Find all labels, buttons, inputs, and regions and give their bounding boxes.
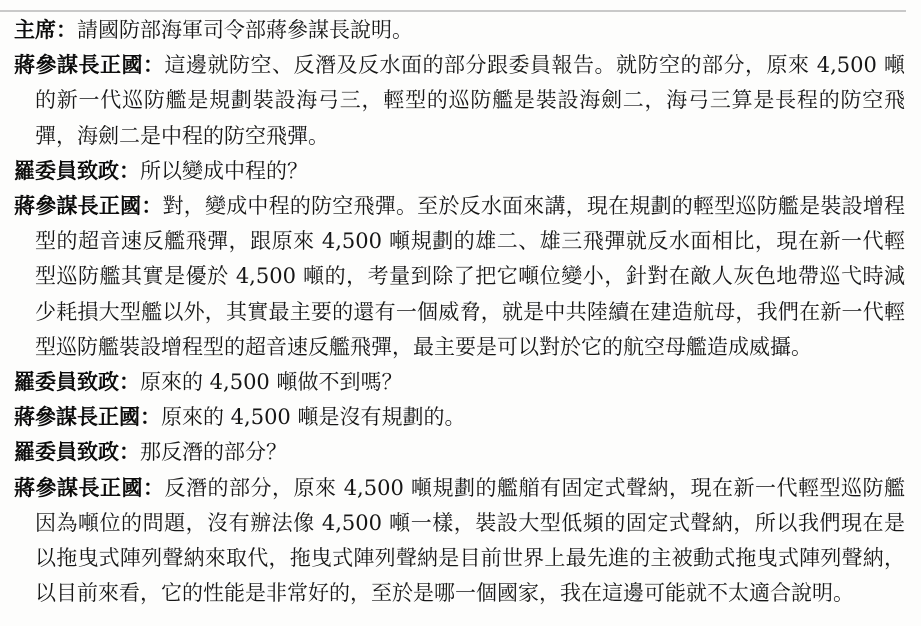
transcript-body: 主席：請國防部海軍司令部蔣參謀長說明。 蔣參謀長正國：這邊就防空、反潛及反水面的… xyxy=(14,13,905,611)
speech-text: 反潛的部分，原來 4,500 噸規劃的艦艏有固定式聲納，現在新一代輕型巡防艦因為… xyxy=(35,476,905,606)
transcript-paragraph: 蔣參謀長正國：反潛的部分，原來 4,500 噸規劃的艦艏有固定式聲納，現在新一代… xyxy=(14,471,905,612)
speaker-name: 蔣參謀長正國： xyxy=(14,195,163,218)
transcript-paragraph: 羅委員致政：所以變成中程的？ xyxy=(14,154,905,189)
speech-text: 那反潛的部分？ xyxy=(140,440,287,464)
transcript-paragraph: 蔣參謀長正國：這邊就防空、反潛及反水面的部分跟委員報告。就防空的部分，原來 4,… xyxy=(14,48,905,154)
speaker-name: 羅委員致政： xyxy=(14,160,140,183)
speech-text: 對，變成中程的防空飛彈。至於反水面來講，現在規劃的輕型巡防艦是裝設增程型的超音速… xyxy=(35,194,905,359)
transcript-paragraph: 羅委員致政：原來的 4,500 噸做不到嗎？ xyxy=(14,365,905,400)
transcript-document-page: 主席：請國防部海軍司令部蔣參謀長說明。 蔣參謀長正國：這邊就防空、反潛及反水面的… xyxy=(0,0,921,626)
speaker-name: 蔣參謀長正國： xyxy=(14,54,165,77)
speech-text: 這邊就防空、反潛及反水面的部分跟委員報告。就防空的部分，原來 4,500 噸的新… xyxy=(35,53,905,147)
transcript-paragraph: 蔣參謀長正國：原來的 4,500 噸是沒有規劃的。 xyxy=(14,400,905,435)
speaker-name: 主席： xyxy=(14,19,77,42)
speaker-name: 羅委員致政： xyxy=(14,441,140,464)
speech-text: 請國防部海軍司令部蔣參謀長說明。 xyxy=(77,18,413,42)
transcript-paragraph: 蔣參謀長正國：對，變成中程的防空飛彈。至於反水面來講，現在規劃的輕型巡防艦是裝設… xyxy=(14,189,905,365)
speech-text: 原來的 4,500 噸是沒有規劃的。 xyxy=(161,405,465,429)
speaker-name: 蔣參謀長正國： xyxy=(14,406,161,429)
speech-text: 所以變成中程的？ xyxy=(140,159,308,183)
transcript-paragraph: 主席：請國防部海軍司令部蔣參謀長說明。 xyxy=(14,13,905,48)
transcript-paragraph: 羅委員致政：那反潛的部分？ xyxy=(14,435,905,470)
speaker-name: 羅委員致政： xyxy=(14,371,140,394)
speech-text: 原來的 4,500 噸做不到嗎？ xyxy=(140,370,402,394)
speaker-name: 蔣參謀長正國： xyxy=(14,477,165,500)
page-top-border xyxy=(0,10,906,12)
